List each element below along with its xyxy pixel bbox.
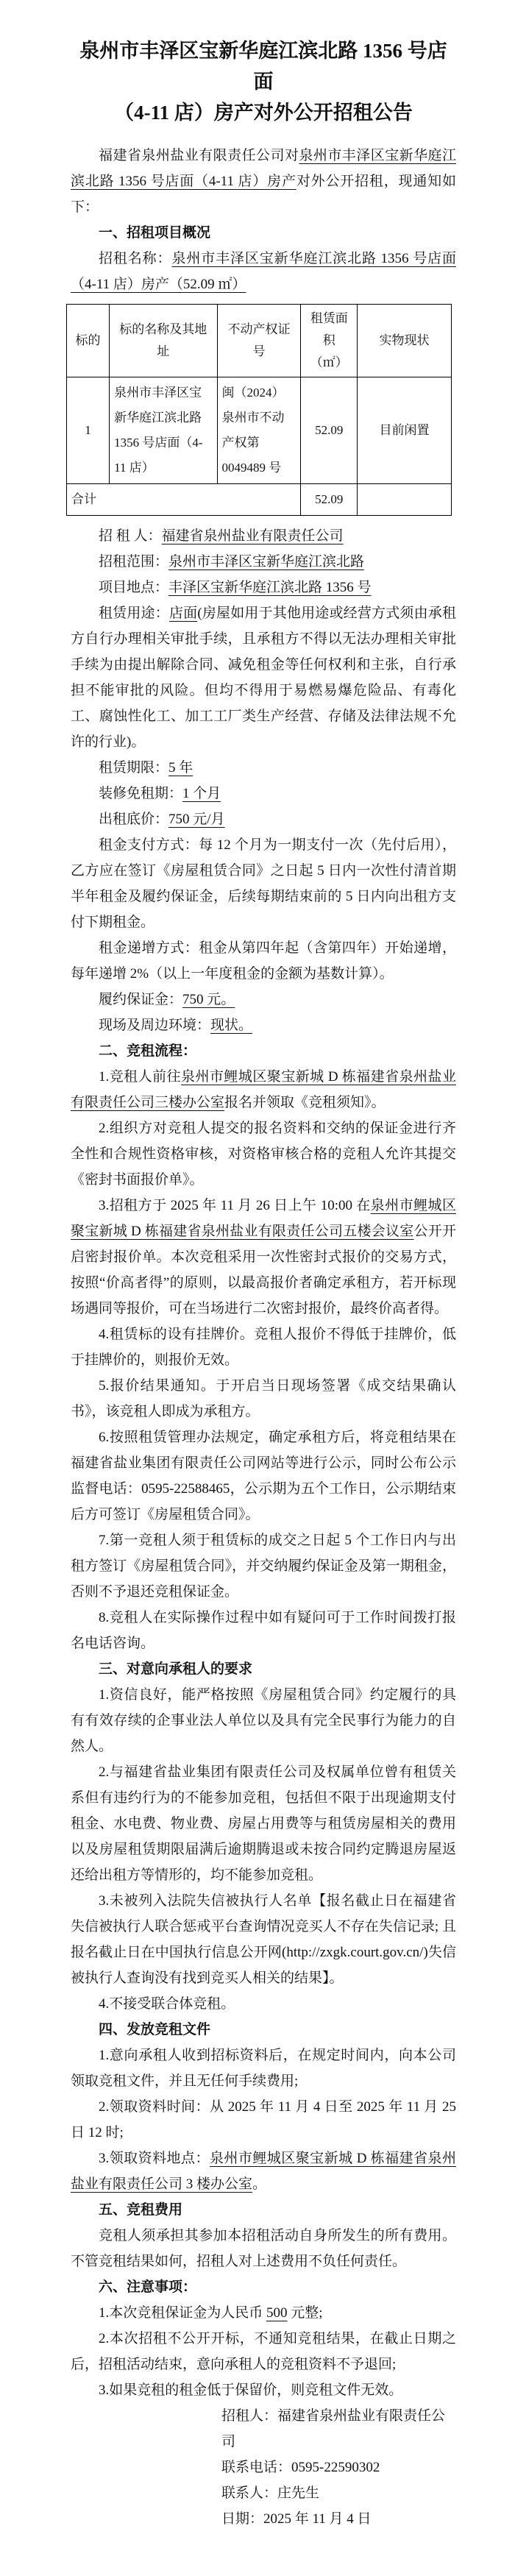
col-header-target: 标的 (67, 305, 110, 377)
paragraph: 1.本次竞租保证金为人民币 500 元整; (71, 2300, 456, 2326)
col-header-cert: 不动产权证号 (217, 305, 301, 377)
paragraph: 竞租人须承担其参加本招租活动自身所发生的所有费用。不管竞租结果如何，招租人对上述… (71, 2223, 456, 2274)
paragraph: 8.竞租人在实际操作过程中如有疑问可于工作时间拨打报名电话咨询。 (71, 1605, 456, 1656)
paragraph: 现场及周边环境：现状。 (71, 1012, 456, 1038)
text-run: 二、竞租流程： (99, 1043, 196, 1059)
cell-cert: 闽（2024）泉州市不动产权第 0049489 号 (217, 377, 301, 484)
paragraph: 招租范围：泉州市丰泽区宝新华庭江滨北路 (71, 549, 456, 575)
paragraph: 租金支付方式：每 12 个月为一期支付一次（先付后用），乙方应在签订《房屋租赁合… (71, 832, 456, 935)
underlined-text: 750 元/月 (168, 812, 225, 827)
paragraph: 3.如果竞租的租金低于保留价，则竞租文件无效。 (71, 2377, 456, 2403)
text-run: 。 (252, 2176, 266, 2192)
text-run: 3.招租方于 2025 年 11 月 26 日上午 10:00 在 (99, 1198, 371, 1213)
text-run: 租金递增方式：租金从第四年起（含第四年）开始递增，每年递增 2%（以上一年度租金… (71, 940, 456, 982)
text-run: 竞租人须承担其参加本招租活动自身所发生的所有费用。不管竞租结果如何，招租人对上述… (71, 2228, 456, 2269)
page-title-line2: （4-11 店）房产对外公开招租公告 (71, 97, 456, 128)
paragraph: 7.第一竞租人须于租赁标的成交之日起 5 个工作日内与出租方签订《房屋租赁合同》… (71, 1527, 456, 1605)
cell-total-status (358, 484, 452, 516)
document-page: 泉州市丰泽区宝新华庭江滨北路 1356 号店面 （4-11 店）房产对外公开招租… (0, 0, 515, 2576)
underlined-text: 500 (266, 2305, 288, 2321)
text-run: 装修免租期： (99, 786, 182, 801)
text-run: 2.领取资料时间：从 2025 年 11 月 4 日至 2025 年 11 月 … (71, 2099, 456, 2140)
underlined-text: 福建省泉州盐业有限责任公司 (162, 528, 344, 544)
underlined-text: 泉州市丰泽区宝新华庭江滨北路 (168, 554, 364, 570)
text-run: 履约保证金： (99, 992, 182, 1007)
text-run: 5.报价结果通知。于开启当日现场签署《成交结果确认书》，该竞租人即成为承租方。 (71, 1378, 456, 1419)
text-run: 四、发放竞租文件 (99, 2022, 210, 2037)
text-run: 1.竞租人前往 (99, 1069, 181, 1085)
text-run: 出租底价： (99, 812, 168, 827)
table-header-row: 标的 标的名称及其地址 不动产权证号 租赁面积 （㎡） 实物现状 (67, 305, 452, 377)
paragraph: 2.领取资料时间：从 2025 年 11 月 4 日至 2025 年 11 月 … (71, 2094, 456, 2146)
text-run: 8.竞租人在实际操作过程中如有疑问可于工作时间拨打报名电话咨询。 (71, 1610, 456, 1651)
page-title-line1: 泉州市丰泽区宝新华庭江滨北路 1356 号店面 (71, 35, 456, 97)
text-run: 3.未被列入法院失信被执行人名单【报名截止日在福建省失信被执行人联合惩戒平台查询… (71, 1893, 456, 1986)
text-run: 2.与福建省盐业集团有限责任公司及权属单位曾有租赁关系但有违约行为的不能参加竞租… (71, 1764, 456, 1883)
paragraph: 3.未被列入法院失信被执行人名单【报名截止日在福建省失信被执行人联合惩戒平台查询… (71, 1888, 456, 1991)
paragraph: 出租底价：750 元/月 (71, 806, 456, 832)
paragraph: 3.招租方于 2025 年 11 月 26 日上午 10:00 在泉州市鲤城区聚… (71, 1193, 456, 1321)
col-header-area: 租赁面积 （㎡） (301, 305, 358, 377)
cell-target-no: 1 (67, 377, 110, 484)
text-run: 元整; (288, 2305, 323, 2321)
paragraph: 4.租赁标的设有挂牌价。竞租人报价不得低于挂牌价，低于挂牌价的，则报价无效。 (71, 1321, 456, 1373)
text-run: 1.资信良好，能严格按照《房屋租赁合同》约定履行的具有有效存续的企事业法人单位以… (71, 1687, 456, 1754)
text-run: 4.不接受联合体竞租。 (99, 1996, 235, 2012)
text-run: 五、竞租费用 (99, 2202, 182, 2218)
footer-date: 日期：2025 年 11 月 4 日 (221, 2506, 456, 2532)
text-run: 六、注意事项： (99, 2279, 196, 2295)
underlined-text: 5 年 (168, 760, 193, 776)
text-run: 2.本次招租不公开开标，不通知竞租结果，在截止日期之后，招租活动结束，意向承租人… (71, 2331, 456, 2372)
table-total-row: 合计 52.09 (67, 484, 452, 516)
text-run: 6.按照租赁管理办法规定，确定承租方后，将竞租结果在福建省盐业集团有限责任公司网… (71, 1430, 456, 1522)
underlined-text: 1 个月 (182, 786, 221, 801)
paragraph: 1.资信良好，能严格按照《房屋租赁合同》约定履行的具有有效存续的企事业法人单位以… (71, 1682, 456, 1759)
paragraph: 租赁期限：5 年 (71, 755, 456, 781)
text-run: 三、对意向承租人的要求 (99, 1661, 252, 1677)
text-run: 4.租赁标的设有挂牌价。竞租人报价不得低于挂牌价，低于挂牌价的，则报价无效。 (71, 1327, 456, 1368)
text-run: 招 租 人： (99, 528, 162, 544)
paragraph: 福建省泉州盐业有限责任公司对泉州市丰泽区宝新华庭江滨北路 1356 号店面（4-… (71, 143, 456, 220)
col-header-name: 标的名称及其地址 (110, 305, 217, 377)
text-run: 1.本次竞租保证金为人民币 (99, 2305, 266, 2321)
text-run: 1.意向承租人收到招标资料后，在规定时间内，向本公司领取竞租文件，并且无任何手续… (71, 2048, 456, 2089)
paragraph: 履约保证金：750 元。 (71, 987, 456, 1012)
section-heading: 二、竞租流程： (71, 1038, 456, 1064)
section-heading: 三、对意向承租人的要求 (71, 1656, 456, 1682)
cell-name: 泉州市丰泽区宝新华庭江滨北路 1356 号店面（4-11 店） (110, 377, 217, 484)
page-title: 泉州市丰泽区宝新华庭江滨北路 1356 号店面 （4-11 店）房产对外公开招租… (71, 35, 456, 128)
paragraph: 装修免租期：1 个月 (71, 781, 456, 806)
footer-signature: 招租人：福建省泉州盐业有限责任公司 联系电话：0595-22590302 联系人… (221, 2403, 456, 2532)
text-run: 3.如果竞租的租金低于保留价，则竞租文件无效。 (99, 2382, 402, 2398)
text-run: 现场及周边环境： (99, 1018, 210, 1033)
text-run: 2.组织方对竞租人提交的报名资料和交纳的保证金进行齐全性和合规性资格审核，对资格… (71, 1121, 456, 1188)
cell-total-label: 合计 (67, 484, 301, 516)
property-table: 标的 标的名称及其地址 不动产权证号 租赁面积 （㎡） 实物现状 1 泉州市丰泽… (66, 304, 452, 516)
paragraph: 1.意向承租人收到招标资料后，在规定时间内，向本公司领取竞租文件，并且无任何手续… (71, 2043, 456, 2094)
text-run: 3.领取资料地点： (99, 2151, 210, 2166)
paragraph: 2.本次招租不公开开标，不通知竞租结果，在截止日期之后，招租活动结束，意向承租人… (71, 2326, 456, 2377)
underlined-text: 现状。 (210, 1018, 252, 1033)
text-run: 项目地点： (99, 580, 168, 595)
col-header-status: 实物现状 (358, 305, 452, 377)
paragraph: 租金递增方式：租金从第四年起（含第四年）开始递增，每年递增 2%（以上一年度租金… (71, 935, 456, 987)
text-run: 福建省泉州盐业有限责任公司对 (99, 148, 299, 163)
section-heading: 六、注意事项： (71, 2274, 456, 2300)
paragraph: 1.竞租人前往泉州市鲤城区聚宝新城 D 栋福建省泉州盐业有限责任公司三楼办公室报… (71, 1064, 456, 1115)
footer-contact: 联系人：庄先生 (221, 2480, 456, 2506)
paragraph: 6.按照租赁管理办法规定，确定承租方后，将竞租结果在福建省盐业集团有限责任公司网… (71, 1424, 456, 1527)
underlined-text: 店面 (169, 606, 197, 621)
text-run: 一、招租项目概况 (99, 225, 210, 241)
text-run: 租赁期限： (99, 760, 168, 776)
content-before-table: 福建省泉州盐业有限责任公司对泉州市丰泽区宝新华庭江滨北路 1356 号店面（4-… (71, 143, 456, 297)
underlined-text: 丰泽区宝新华庭江滨北路 1356 号 (168, 580, 372, 595)
text-run: 招租范围： (99, 554, 168, 570)
paragraph: 租赁用途：店面(房屋如用于其他用途或经营方式须由承租方自行办理相关审批手续，且承… (71, 600, 456, 755)
text-run: 7.第一竞租人须于租赁标的成交之日起 5 个工作日内与出租方签订《房屋租赁合同》… (71, 1533, 456, 1600)
cell-status: 目前闲置 (358, 377, 452, 484)
underlined-text: 750 元。 (182, 992, 235, 1007)
paragraph: 招租名称：泉州市丰泽区宝新华庭江滨北路 1356 号店面（4-11 店）房产（5… (71, 246, 456, 297)
paragraph: 项目地点：丰泽区宝新华庭江滨北路 1356 号 (71, 575, 456, 600)
text-run: 租赁用途： (99, 606, 169, 621)
section-heading: 四、发放竞租文件 (71, 2017, 456, 2043)
section-heading: 一、招租项目概况 (71, 220, 456, 246)
footer-phone: 联系电话：0595-22590302 (221, 2455, 456, 2480)
paragraph: 2.组织方对竞租人提交的报名资料和交纳的保证金进行齐全性和合规性资格审核，对资格… (71, 1115, 456, 1193)
cell-total-area: 52.09 (301, 484, 358, 516)
section-heading: 五、竞租费用 (71, 2197, 456, 2223)
cell-area: 52.09 (301, 377, 358, 484)
text-run: 租金支付方式：每 12 个月为一期支付一次（先付后用），乙方应在签订《房屋租赁合… (71, 837, 456, 930)
content-after-table: 招 租 人：福建省泉州盐业有限责任公司招租范围：泉州市丰泽区宝新华庭江滨北路项目… (71, 523, 456, 2403)
paragraph: 5.报价结果通知。于开启当日现场签署《成交结果确认书》，该竞租人即成为承租方。 (71, 1373, 456, 1424)
footer-lessor: 招租人：福建省泉州盐业有限责任公司 (221, 2403, 456, 2455)
text-run: 招租名称： (99, 251, 171, 266)
paragraph: 4.不接受联合体竞租。 (71, 1991, 456, 2017)
paragraph: 招 租 人：福建省泉州盐业有限责任公司 (71, 523, 456, 549)
paragraph: 3.领取资料地点：泉州市鲤城区聚宝新城 D 栋福建省泉州盐业有限责任公司 3 楼… (71, 2146, 456, 2197)
text-run: (房屋如用于其他用途或经营方式须由承租方自行办理相关审批手续，且承租方不得以无法… (71, 606, 456, 750)
paragraph: 2.与福建省盐业集团有限责任公司及权属单位曾有租赁关系但有违约行为的不能参加竞租… (71, 1759, 456, 1888)
table-row: 1 泉州市丰泽区宝新华庭江滨北路 1356 号店面（4-11 店） 闽（2024… (67, 377, 452, 484)
text-run: 报名并领取《竞租须知》。 (224, 1095, 386, 1110)
